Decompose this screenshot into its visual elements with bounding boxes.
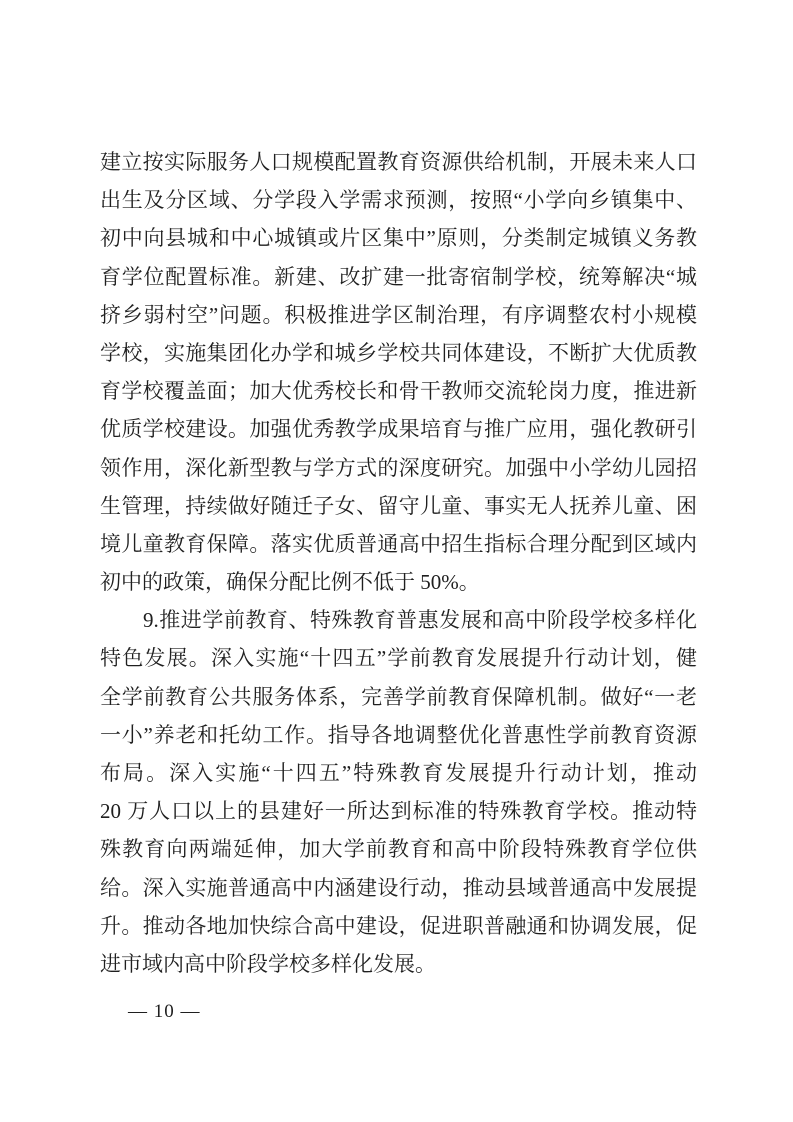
- body-text: 建立按实际服务人口规模配置教育资源供给机制，开展未来人口出生及分区域、分学段入学…: [100, 143, 697, 983]
- text-line: 进市域内高中阶段学校多样化发展。: [100, 945, 697, 983]
- text-line: 初中向县城和中心城镇或片区集中”原则，分类制定城镇义务教: [100, 219, 697, 257]
- text-line: 优质学校建设。加强优秀教学成果培育与推广应用，强化教研引: [100, 410, 697, 448]
- text-line: 育学校覆盖面；加大优秀校长和骨干教师交流轮岗力度，推进新: [100, 372, 697, 410]
- text-line: 9.推进学前教育、特殊教育普惠发展和高中阶段学校多样化: [100, 601, 697, 639]
- document-page: 建立按实际服务人口规模配置教育资源供给机制，开展未来人口出生及分区域、分学段入学…: [0, 0, 793, 1122]
- text-line: 学校，实施集团化办学和城乡学校共同体建设，不断扩大优质教: [100, 334, 697, 372]
- text-line: 生管理，持续做好随迁子女、留守儿童、事实无人抚养儿童、困: [100, 487, 697, 525]
- text-line: 领作用，深化新型教与学方式的深度研究。加强中小学幼儿园招: [100, 449, 697, 487]
- text-line: 初中的政策，确保分配比例不低于 50%。: [100, 563, 697, 601]
- text-line: 境儿童教育保障。落实优质普通高中招生指标合理分配到区域内: [100, 525, 697, 563]
- text-line: 殊教育向两端延伸，加大学前教育和高中阶段特殊教育学位供: [100, 830, 697, 868]
- text-line: 20 万人口以上的县建好一所达到标准的特殊教育学校。推动特: [100, 792, 697, 830]
- text-line: 挤乡弱村空”问题。积极推进学区制治理，有序调整农村小规模: [100, 296, 697, 334]
- text-line: 建立按实际服务人口规模配置教育资源供给机制，开展未来人口: [100, 143, 697, 181]
- page-number: — 10 —: [128, 1001, 201, 1023]
- text-line: 布局。深入实施“十四五”特殊教育发展提升行动计划，推动: [100, 754, 697, 792]
- text-line: 升。推动各地加快综合高中建设，促进职普融通和协调发展，促: [100, 907, 697, 945]
- text-line: 给。深入实施普通高中内涵建设行动，推动县域普通高中发展提: [100, 869, 697, 907]
- text-line: 特色发展。深入实施“十四五”学前教育发展提升行动计划，健: [100, 639, 697, 677]
- text-line: 一小”养老和托幼工作。指导各地调整优化普惠性学前教育资源: [100, 716, 697, 754]
- text-line: 全学前教育公共服务体系，完善学前教育保障机制。做好“一老: [100, 678, 697, 716]
- text-line: 育学位配置标准。新建、改扩建一批寄宿制学校，统筹解决“城: [100, 258, 697, 296]
- text-line: 出生及分区域、分学段入学需求预测，按照“小学向乡镇集中、: [100, 181, 697, 219]
